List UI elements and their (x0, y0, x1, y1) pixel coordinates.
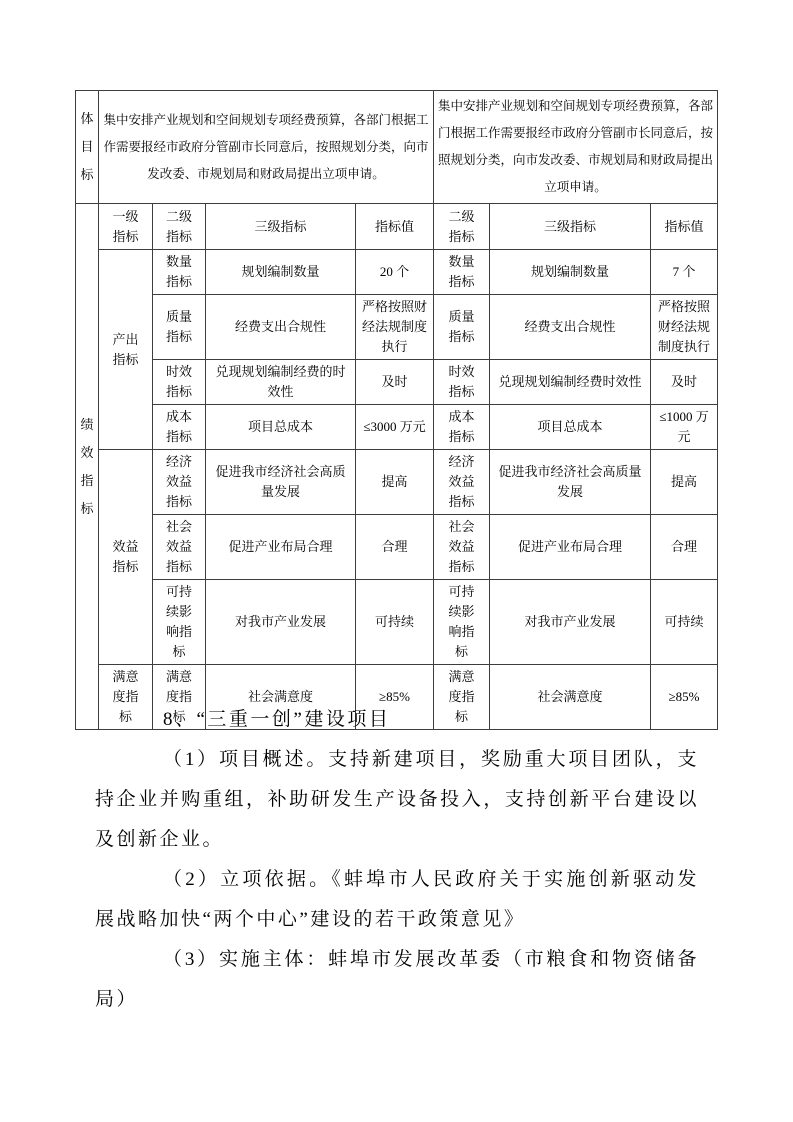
cell-level3: 规划编制数量 (206, 250, 356, 295)
cell-level3: 促进我市经济社会高质 量发展 (206, 450, 356, 515)
cell-value: 可持续 (356, 580, 434, 665)
cell-level2: 时效 指标 (434, 360, 490, 405)
cell-level2: 质量 指标 (434, 295, 490, 360)
cell-level2: 数量 指标 (153, 250, 206, 295)
cell-level3: 对我市产业发展 (490, 580, 651, 665)
cell-level3: 项目总成本 (490, 405, 651, 450)
header-level2-right: 二级 指标 (434, 204, 490, 250)
cell-value: 20 个 (356, 250, 434, 295)
table-row-social-benefit: 社会 效益 指标 促进产业布局合理 合理 社会 效益 指标 促进产业布局合理 合… (76, 515, 718, 580)
cell-level3: 兑现规划编制经费时效性 (490, 360, 651, 405)
table-row-quality: 质量 指标 经费支出合规性 严格按照财 经法规制度 执行 质量 指标 经费支出合… (76, 295, 718, 360)
cell-value: 合理 (356, 515, 434, 580)
document-page: 体 目 标 集中安排产业规划和空间规划专项经费预算，各部门根据工作需要报经市政府… (0, 0, 793, 1122)
cell-level2: 成本 指标 (153, 405, 206, 450)
cell-level3: 经费支出合规性 (490, 295, 651, 360)
performance-indicators-table: 体 目 标 集中安排产业规划和空间规划专项经费预算，各部门根据工作需要报经市政府… (75, 90, 718, 730)
table-row-overview: 体 目 标 集中安排产业规划和空间规划专项经费预算，各部门根据工作需要报经市政府… (76, 91, 718, 204)
cell-level2: 成本 指标 (434, 405, 490, 450)
cell-level3: 促进我市经济社会高质量 发展 (490, 450, 651, 515)
table-row-timeliness: 时效 指标 兑现规划编制经费的时 效性 及时 时效 指标 兑现规划编制经费时效性… (76, 360, 718, 405)
table-row-sustainability: 可持 续影 响指 标 对我市产业发展 可持续 可持 续影 响指 标 对我市产业发… (76, 580, 718, 665)
cell-value: 及时 (651, 360, 718, 405)
cell-value: ≤3000 万元 (356, 405, 434, 450)
table-row-quantity: 产出 指标 数量 指标 规划编制数量 20 个 数量 指标 规划编制数量 7 个 (76, 250, 718, 295)
header-level3-left: 三级指标 (206, 204, 356, 250)
overview-text-left: 集中安排产业规划和空间规划专项经费预算，各部门根据工作需要报经市政府分管副市长同… (99, 91, 434, 204)
cell-level2: 社会 效益 指标 (153, 515, 206, 580)
cell-level2: 经济 效益 指标 (153, 450, 206, 515)
cell-level3: 促进产业布局合理 (206, 515, 356, 580)
header-level3-right: 三级指标 (490, 204, 651, 250)
cell-level3: 对我市产业发展 (206, 580, 356, 665)
cell-level3: 规划编制数量 (490, 250, 651, 295)
table-row-cost: 成本 指标 项目总成本 ≤3000 万元 成本 指标 项目总成本 ≤1000 万… (76, 405, 718, 450)
header-level1: 一级 指标 (99, 204, 153, 250)
overview-text-right: 集中安排产业规划和空间规划专项经费预算，各部门根据工作需要报经市政府分管副市长同… (434, 91, 718, 204)
side-label-performance-indicators: 绩 效 指 标 (76, 204, 99, 730)
table-row-economic-benefit: 效益 指标 经济 效益 指标 促进我市经济社会高质 量发展 提高 经济 效益 指… (76, 450, 718, 515)
cell-value: ≤1000 万 元 (651, 405, 718, 450)
cell-level2: 时效 指标 (153, 360, 206, 405)
header-value-right: 指标值 (651, 204, 718, 250)
cell-value: 提高 (356, 450, 434, 515)
body-text: 8、“三重一创”建设项目 （1）项目概述。支持新建项目，奖励重大项目团队，支持企… (95, 700, 699, 1020)
cell-value: 可持续 (651, 580, 718, 665)
level1-benefit-indicators: 效益 指标 (99, 450, 153, 665)
cell-value: 合理 (651, 515, 718, 580)
table-row-header: 绩 效 指 标 一级 指标 二级 指标 三级指标 指标值 二级 指标 三级指标 … (76, 204, 718, 250)
cell-level3: 促进产业布局合理 (490, 515, 651, 580)
cell-level2: 社会 效益 指标 (434, 515, 490, 580)
cell-level3: 经费支出合规性 (206, 295, 356, 360)
cell-level2: 数量 指标 (434, 250, 490, 295)
header-value-left: 指标值 (356, 204, 434, 250)
cell-value: 严格按照财 经法规制度 执行 (356, 295, 434, 360)
cell-level3: 项目总成本 (206, 405, 356, 450)
cell-value: 严格按照 财经法规 制度执行 (651, 295, 718, 360)
cell-value: 及时 (356, 360, 434, 405)
paragraph-implementing-body: （3）实施主体：蚌埠市发展改革委（市粮食和物资储备局） (95, 940, 699, 1020)
cell-level2: 可持 续影 响指 标 (434, 580, 490, 665)
cell-level3: 兑现规划编制经费的时 效性 (206, 360, 356, 405)
cell-level2: 质量 指标 (153, 295, 206, 360)
level1-output-indicators: 产出 指标 (99, 250, 153, 450)
header-level2-left: 二级 指标 (153, 204, 206, 250)
cell-value: 7 个 (651, 250, 718, 295)
paragraph-project-overview: （1）项目概述。支持新建项目，奖励重大项目团队，支持企业并购重组，补助研发生产设… (95, 740, 699, 860)
paragraph-approval-basis: （2）立项依据。《蚌埠市人民政府关于实施创新驱动发展战略加快“两个中心”建设的若… (95, 860, 699, 940)
side-label-overall-goal: 体 目 标 (76, 91, 99, 204)
cell-value: 提高 (651, 450, 718, 515)
section-heading: 8、“三重一创”建设项目 (95, 700, 699, 740)
cell-level2: 可持 续影 响指 标 (153, 580, 206, 665)
cell-level2: 经济 效益 指标 (434, 450, 490, 515)
